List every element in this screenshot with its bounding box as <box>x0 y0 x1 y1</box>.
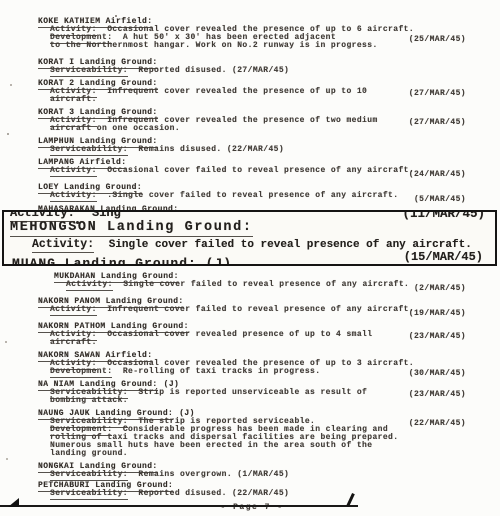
scan-speck <box>10 84 12 86</box>
field-text: Remains disused. (22/MAR/45) <box>138 145 284 154</box>
entry-line: Activity: Infrequent cover revealed the … <box>38 88 466 96</box>
entry-line: Serviceability: Remains disused. (22/MAR… <box>38 146 466 154</box>
landing-ground-entry: NAKORN PATHOM Landing Ground:Activity: O… <box>38 323 466 347</box>
landing-ground-entry: LOEY Landing Ground:Activity: .Single co… <box>38 184 466 204</box>
date-ref: (2/MAR/45) <box>414 285 466 293</box>
entry-line: Activity: .Single cover failed to reveal… <box>38 192 466 200</box>
entry-line: aircraft. <box>38 96 466 104</box>
scan-speck <box>115 15 117 17</box>
landing-ground-entry: KORAT I Landing Ground:Serviceability: R… <box>38 59 466 75</box>
entry-line: (2/MAR/45) <box>54 289 466 293</box>
field-text: aircraft on one occasion. <box>50 124 180 133</box>
entry-line: (19/MAR/45) <box>38 314 466 318</box>
landing-ground-entry: KOKE KATHIEM Airfield:Activity: Occasion… <box>38 18 466 50</box>
field-text: Reported disused. (27/MAR/45) <box>138 66 289 75</box>
date-ref: (30/MAR/45) <box>409 370 466 378</box>
field-text: Reported disused. (22/MAR/45) <box>138 489 289 498</box>
entry-line: Serviceability: Reported disused. (22/MA… <box>38 490 466 498</box>
field-text: bombing attack. <box>50 396 128 405</box>
field-label: Development: <box>50 367 112 378</box>
field-text: Occasional cover failed to reveal presen… <box>107 166 414 175</box>
entry-line: Serviceability: Remains overgrown. (1/MA… <box>38 471 466 479</box>
field-label: Serviceability: <box>50 470 128 481</box>
landing-ground-entry: KORAT 2 Landing Ground:Activity: Infrequ… <box>38 80 466 104</box>
landing-ground-entry: PETCHABURI Landing Ground:Serviceability… <box>38 482 466 498</box>
landing-ground-entry: NAKORN PANOM Landing Ground:Activity: In… <box>38 298 466 318</box>
field-text: Single cover failed to reveal presence o… <box>123 280 409 289</box>
field-label: Serviceability: <box>50 145 128 156</box>
entry-line: Development: Re-rolling of taxi tracks i… <box>38 368 466 376</box>
field-text: Re-rolling of taxi tracks in progress. <box>123 367 321 376</box>
date-ref: (15/MAR/45) <box>404 250 483 264</box>
field-text: Remains overgrown. (1/MAR/45) <box>138 470 289 479</box>
entry-line: aircraft. <box>38 339 466 347</box>
entry-line: bombing attack. <box>38 397 466 405</box>
magnifier-overlay: Activity: Sing (11/MAR/45) MEHONGSON Lan… <box>2 210 497 266</box>
entry-line: aircraft on one occasion. <box>38 125 466 133</box>
landing-ground-entry: KORAT 3 Landing Ground:Activity: Infrequ… <box>38 109 466 133</box>
entry-line: (24/MAR/45) <box>38 175 466 179</box>
field-text: aircraft. <box>50 338 97 347</box>
date-ref: (19/MAR/45) <box>409 310 466 318</box>
entry-line: Activity: Single cover failed to reveal … <box>54 281 466 289</box>
entry-line: (5/MAR/45) <box>38 200 466 204</box>
entry-line: Serviceability: Reported disused. (27/MA… <box>38 67 466 75</box>
scan-speck <box>5 341 7 343</box>
date-ref: (5/MAR/45) <box>414 196 466 204</box>
field-text: Strip is reported unserviceable as resul… <box>138 388 367 397</box>
field-label: Activity: <box>10 210 75 222</box>
landing-ground-entry: NONGKAI Landing Ground:Serviceability: R… <box>38 463 466 479</box>
overlay-partial-top-line: Activity: Sing (11/MAR/45) <box>10 210 489 217</box>
entry-heading-text: MUANG Landing Ground: (J) <box>12 256 232 266</box>
scan-speck <box>76 221 79 224</box>
entry-line: Activity: Occasional cover revealed pres… <box>38 331 466 339</box>
landing-ground-entry: LAMPANG Airfield:Activity: Occasional co… <box>38 159 466 179</box>
landing-ground-entry: NAKORN SAWAN Airfield:Activity: Occasion… <box>38 352 466 376</box>
document-scan: KOKE KATHIEM Airfield:Activity: Occasion… <box>0 0 500 516</box>
landing-ground-entry: NA NIAM Landing Ground:(J)Serviceability… <box>38 381 466 405</box>
landing-ground-entry: LAMPHUN Landing Ground:Serviceability: R… <box>38 138 466 154</box>
entry-line: Activity: Infrequent cover failed to rev… <box>38 306 466 314</box>
field-text: Infrequent cover failed to reveal presen… <box>107 305 414 314</box>
scan-speck <box>7 133 9 135</box>
entry-heading: MEHONGSON Landing Ground: <box>10 220 489 235</box>
entry-line: Activity: Occasional cover failed to rev… <box>38 167 466 175</box>
entry-heading-text: MEHONGSON Landing Ground: <box>10 220 253 237</box>
field-text: .Single cover failed to reveal presence … <box>107 191 398 200</box>
landing-ground-entry: NAUNG JAUK Landing Ground:(J)Serviceabil… <box>38 410 466 458</box>
date-ref: (11/MAR/45) <box>402 210 485 221</box>
scan-speck <box>6 458 8 460</box>
entries-column-bottom: MUKDAHAN Landing Ground:Activity: Single… <box>38 273 466 512</box>
field-text: Sing <box>92 210 121 220</box>
entries-column-top: KOKE KATHIEM Airfield:Activity: Occasion… <box>38 18 466 226</box>
overlay-partial-bottom-line: MUANG Landing Ground: (J) <box>12 256 232 266</box>
entry-line: landing ground. <box>38 450 466 458</box>
date-ref: (24/MAR/45) <box>409 171 466 179</box>
entry-line: to the Northernmost hangar. Work on No.2… <box>38 42 466 50</box>
field-label: Serviceability: <box>50 489 128 500</box>
field-text: Occasional cover revealed presence of up… <box>107 330 372 339</box>
field-label: Serviceability: <box>50 66 128 77</box>
page-bottom-edge <box>0 505 358 507</box>
field-text: landing ground. <box>50 449 128 458</box>
landing-ground-entry: MUKDAHAN Landing Ground:Activity: Single… <box>54 273 466 293</box>
field-text: Infrequent cover revealed the presence o… <box>107 87 367 96</box>
field-text: aircraft. <box>50 95 97 104</box>
field-text: to the Northernmost hangar. Work on No.2… <box>50 41 378 50</box>
